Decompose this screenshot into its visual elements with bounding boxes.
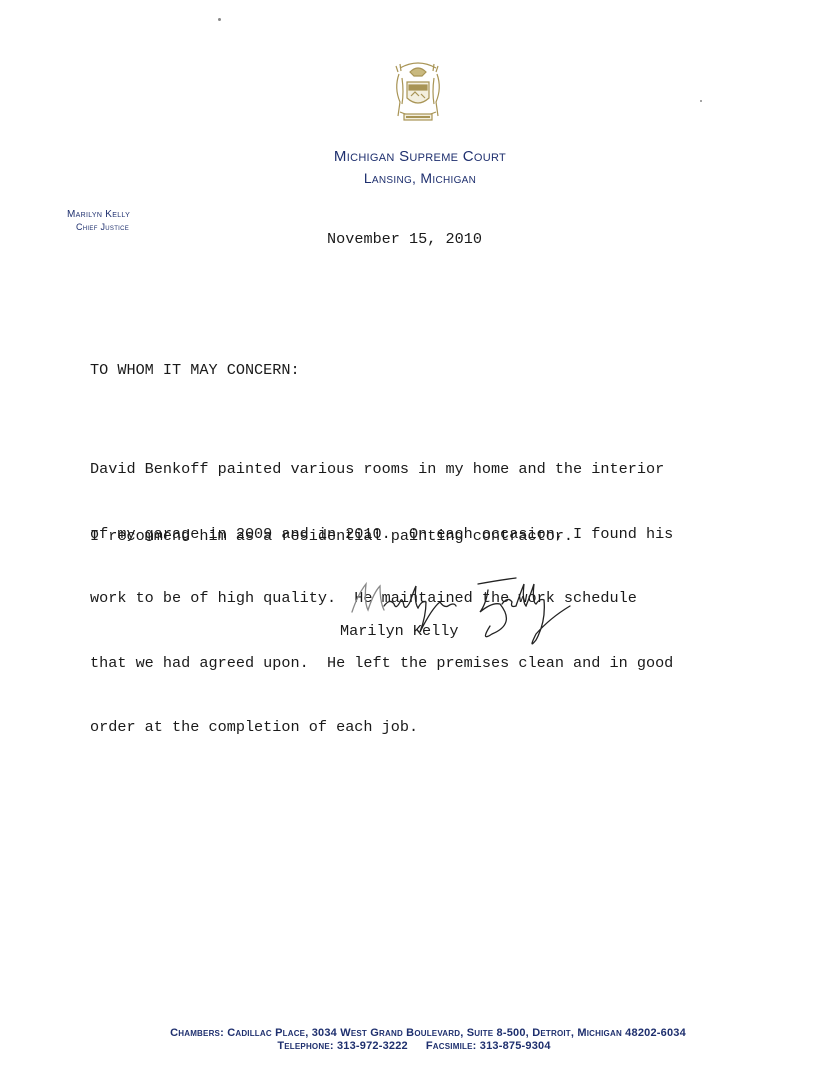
scan-speck bbox=[218, 18, 221, 21]
michigan-state-seal-icon bbox=[388, 58, 448, 130]
court-city: Lansing, Michigan bbox=[0, 170, 835, 186]
salutation: TO WHOM IT MAY CONCERN: bbox=[90, 361, 300, 379]
body-line: David Benkoff painted various rooms in m… bbox=[90, 459, 673, 481]
footer-address: Chambers: Cadillac Place, 3034 West Gran… bbox=[0, 1027, 835, 1039]
footer-facsimile: Facsimile: 313-875-9304 bbox=[426, 1040, 551, 1052]
closing-line: I recommend him as a residential paintin… bbox=[90, 527, 573, 545]
body-line: that we had agreed upon. He left the pre… bbox=[90, 653, 673, 675]
author-title: Chief Justice bbox=[76, 222, 129, 232]
handwritten-signature-icon bbox=[340, 572, 580, 652]
body-line: order at the completion of each job. bbox=[90, 717, 673, 739]
letter-page: Michigan Supreme Court Lansing, Michigan… bbox=[0, 0, 835, 1080]
court-name: Michigan Supreme Court bbox=[0, 148, 835, 165]
footer-telephone: Telephone: 313-972-3222 bbox=[277, 1040, 408, 1052]
scan-speck bbox=[700, 100, 702, 102]
signer-name: Marilyn Kelly bbox=[340, 622, 458, 640]
footer-contact: Telephone: 313-972-3222Facsimile: 313-87… bbox=[0, 1040, 835, 1052]
author-name: Marilyn Kelly bbox=[67, 209, 130, 220]
letter-date: November 15, 2010 bbox=[327, 230, 482, 248]
